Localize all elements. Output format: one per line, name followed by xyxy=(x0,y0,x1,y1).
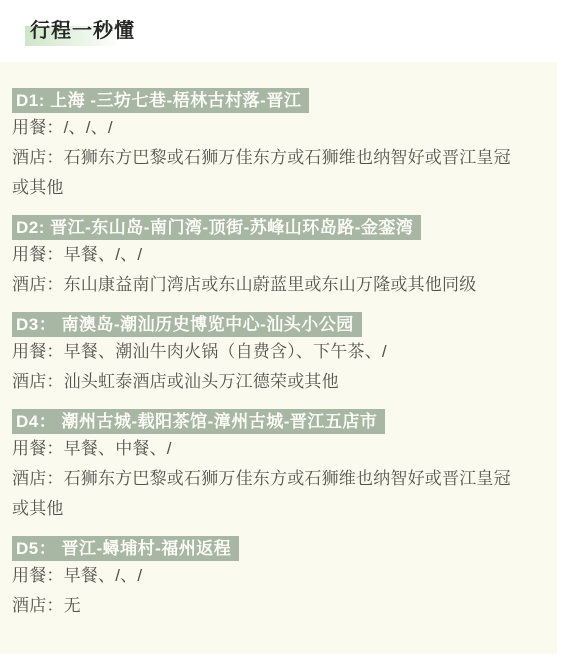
meal-label: 用餐： xyxy=(12,118,64,137)
meal-value: /、/、/ xyxy=(64,118,113,137)
page-title: 行程一秒懂 xyxy=(30,20,135,42)
hotel-line: 酒店：无 xyxy=(12,591,517,621)
meal-value: 早餐、/、/ xyxy=(64,566,143,585)
day-heading: D2: 晋江-东山岛-南门湾-顶街-苏峰山环岛路-金銮湾 xyxy=(12,215,421,240)
day-section-d1: D1: 上海 -三坊七巷-梧林古村落-晋江 用餐：/、/、/ 酒店：石狮东方巴黎… xyxy=(12,88,545,203)
day-heading: D3： 南澳岛-潮汕历史博览中心-汕头小公园 xyxy=(12,312,362,337)
hotel-label: 酒店： xyxy=(12,148,64,167)
meal-value: 早餐、潮汕牛肉火锅（自费含）、下午茶、/ xyxy=(64,342,387,361)
hotel-value: 汕头虹泰酒店或汕头万江德荣或其他 xyxy=(64,372,339,391)
meal-line: 用餐：早餐、潮汕牛肉火锅（自费含）、下午茶、/ xyxy=(12,337,545,367)
hotel-label: 酒店： xyxy=(12,372,64,391)
meal-value: 早餐、/、/ xyxy=(64,245,143,264)
hotel-line: 酒店：石狮东方巴黎或石狮万佳东方或石狮维也纳智好或晋江皇冠或其他 xyxy=(12,143,517,203)
meal-line: 用餐：早餐、中餐、/ xyxy=(12,434,545,464)
day-section-d5: D5： 晋江-蟳埔村-福州返程 用餐：早餐、/、/ 酒店：无 xyxy=(12,536,545,621)
hotel-label: 酒店： xyxy=(12,275,64,294)
meal-label: 用餐： xyxy=(12,439,64,458)
hotel-value: 东山康益南门湾店或东山蔚蓝里或东山万隆或其他同级 xyxy=(64,275,477,294)
meal-line: 用餐：早餐、/、/ xyxy=(12,561,545,591)
hotel-value: 石狮东方巴黎或石狮万佳东方或石狮维也纳智好或晋江皇冠或其他 xyxy=(12,469,511,518)
meal-value: 早餐、中餐、/ xyxy=(64,439,172,458)
itinerary-panel: D1: 上海 -三坊七巷-梧林古村落-晋江 用餐：/、/、/ 酒店：石狮东方巴黎… xyxy=(0,62,557,654)
hotel-label: 酒店： xyxy=(12,469,64,488)
meal-label: 用餐： xyxy=(12,245,64,264)
hotel-value: 无 xyxy=(64,596,81,615)
day-heading: D5： 晋江-蟳埔村-福州返程 xyxy=(12,536,239,561)
hotel-line: 酒店：东山康益南门湾店或东山蔚蓝里或东山万隆或其他同级 xyxy=(12,270,517,300)
hotel-line: 酒店：汕头虹泰酒店或汕头万江德荣或其他 xyxy=(12,367,517,397)
hotel-line: 酒店：石狮东方巴黎或石狮万佳东方或石狮维也纳智好或晋江皇冠或其他 xyxy=(12,464,517,524)
meal-line: 用餐：早餐、/、/ xyxy=(12,240,545,270)
day-heading: D4： 潮州古城-载阳茶馆-漳州古城-晋江五店市 xyxy=(12,409,385,434)
meal-label: 用餐： xyxy=(12,566,64,585)
day-heading: D1: 上海 -三坊七巷-梧林古村落-晋江 xyxy=(12,88,309,113)
page-title-text: 行程一秒懂 xyxy=(30,20,135,42)
day-section-d4: D4： 潮州古城-载阳茶馆-漳州古城-晋江五店市 用餐：早餐、中餐、/ 酒店：石… xyxy=(12,409,545,524)
hotel-value: 石狮东方巴黎或石狮万佳东方或石狮维也纳智好或晋江皇冠或其他 xyxy=(12,148,511,197)
day-section-d3: D3： 南澳岛-潮汕历史博览中心-汕头小公园 用餐：早餐、潮汕牛肉火锅（自费含）… xyxy=(12,312,545,397)
day-section-d2: D2: 晋江-东山岛-南门湾-顶街-苏峰山环岛路-金銮湾 用餐：早餐、/、/ 酒… xyxy=(12,215,545,300)
meal-line: 用餐：/、/、/ xyxy=(12,113,545,143)
hotel-label: 酒店： xyxy=(12,596,64,615)
meal-label: 用餐： xyxy=(12,342,64,361)
